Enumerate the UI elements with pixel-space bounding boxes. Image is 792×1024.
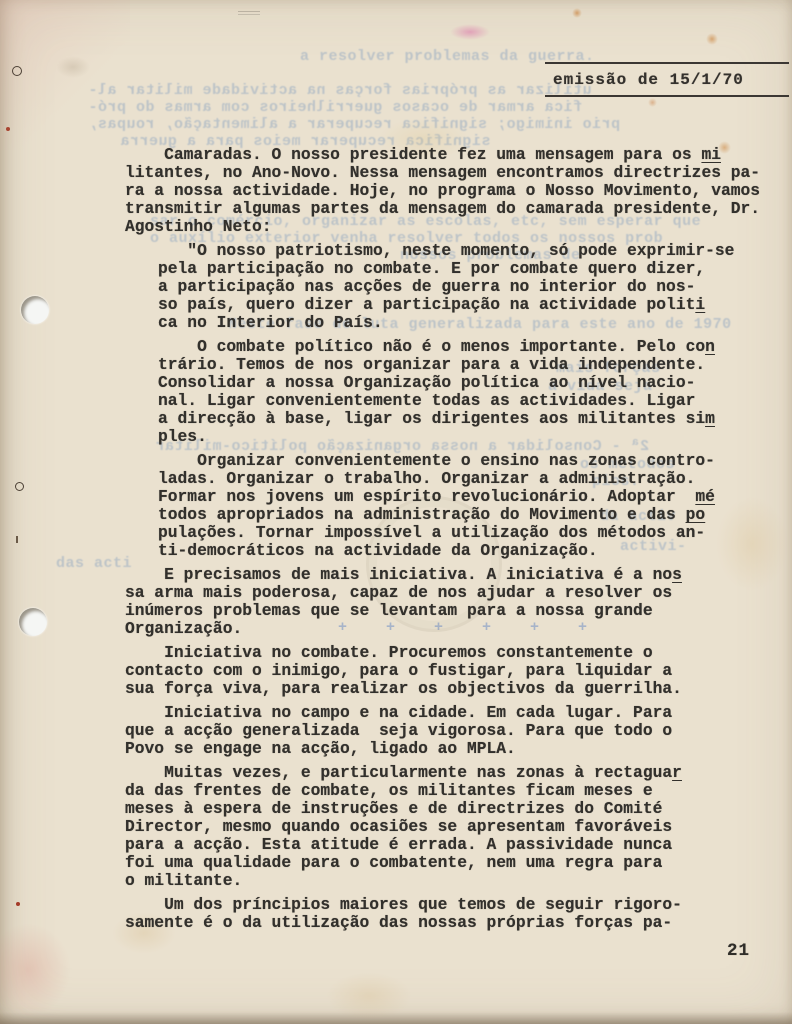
- page-number: 21: [727, 941, 750, 961]
- text-line: sa arma mais poderosa, capaz de nos ajud…: [125, 584, 792, 602]
- stain: [326, 972, 412, 1020]
- text-block: Camaradas. O nosso presidente fez uma me…: [0, 146, 792, 938]
- pencil-mark: [238, 8, 260, 18]
- text-line: Iniciativa no combate. Procuremos consta…: [125, 644, 792, 662]
- text-line: ra a nossa actividade. Hoje, no programa…: [125, 182, 792, 200]
- text-line: o militante.: [125, 872, 792, 890]
- text-line: sua força viva, para realizar os objecti…: [125, 680, 792, 698]
- text-line: so país, quero dizer a participação na a…: [158, 296, 792, 314]
- text-line: que a acção generalizada seja vigorosa. …: [125, 722, 792, 740]
- text-line: nal. Ligar convenientemente todas as act…: [158, 392, 792, 410]
- text-line: da das frentes de combate, os militantes…: [125, 782, 792, 800]
- text-line: Consolidar a nossa Organização política …: [158, 374, 792, 392]
- text-line: Formar nos jovens um espírito revolucion…: [158, 488, 792, 506]
- paragraph: Um dos príncipios maiores que temos de s…: [125, 896, 792, 932]
- text-line: O combate político não é o menos importa…: [158, 338, 792, 356]
- stain: [450, 24, 490, 40]
- text-line: transmitir algumas partes da mensagem do…: [125, 200, 792, 218]
- bleedthrough-fragment: fica armar de ocasos guerrilheiros com a…: [88, 99, 582, 116]
- text-line: ladas. Organizar o trabalho. Organizar a…: [158, 470, 792, 488]
- paragraph: Iniciativa no combate. Procuremos consta…: [125, 644, 792, 698]
- bleedthrough-fragment: prio inimigo; significa recuperar a alim…: [88, 116, 620, 133]
- text-line: Camaradas. O nosso presidente fez uma me…: [125, 146, 792, 164]
- document-page: a resolver problemas da guerra.utilizar …: [0, 0, 792, 1024]
- text-line: E precisamos de mais iniciativa. A inici…: [125, 566, 792, 584]
- stain: [648, 98, 657, 107]
- text-line: contacto com o inimigo, para o fustigar,…: [125, 662, 792, 680]
- paragraph: Muitas vezes, e particularmente nas zona…: [125, 764, 792, 890]
- stain: [706, 33, 718, 45]
- text-line: samente é o da utilização das nossas pró…: [125, 914, 792, 932]
- text-line: trário. Temos de nos organizar para a vi…: [158, 356, 792, 374]
- text-line: ples.: [158, 428, 792, 446]
- text-line: a participação nas acções de guerra no i…: [158, 278, 792, 296]
- text-line: pela participação no combate. E por comb…: [158, 260, 792, 278]
- paragraph: O combate político não é o menos importa…: [158, 338, 792, 446]
- text-line: "O nosso patriotismo, neste momento, só …: [158, 242, 792, 260]
- text-line: ca no Interior do País.: [158, 314, 792, 332]
- stain: [56, 56, 90, 78]
- text-line: para a acção. Esta atitude é errada. A p…: [125, 836, 792, 854]
- text-line: ti-democráticos na actividade da Organiz…: [158, 542, 792, 560]
- text-line: pulações. Tornar impossível a utilização…: [158, 524, 792, 542]
- paper-bottom-edge: [0, 1012, 792, 1024]
- text-line: Agostinho Neto:: [125, 218, 792, 236]
- paragraph: Organizar convenientemente o ensino nas …: [158, 452, 792, 560]
- text-line: inúmeros problemas que se levantam para …: [125, 602, 792, 620]
- pen-circle-mark: [12, 66, 22, 76]
- text-line: Muitas vezes, e particularmente nas zona…: [125, 764, 792, 782]
- bleedthrough-fragment: utilizar as próprias forças na actividad…: [88, 82, 592, 99]
- text-line: Organização.: [125, 620, 792, 638]
- text-line: foi uma qualidade para o combatente, nem…: [125, 854, 792, 872]
- text-line: Iniciativa no campo e na cidade. Em cada…: [125, 704, 792, 722]
- text-line: todos apropriados na administração do Mo…: [158, 506, 792, 524]
- text-line: Organizar convenientemente o ensino nas …: [158, 452, 792, 470]
- paragraph: "O nosso patriotismo, neste momento, só …: [158, 242, 792, 332]
- text-line: Director, mesmo quando ocasiões se apres…: [125, 818, 792, 836]
- text-line: Um dos príncipios maiores que temos de s…: [125, 896, 792, 914]
- text-line: Povo se engage na acção, ligado ao MPLA.: [125, 740, 792, 758]
- paragraph: Iniciativa no campo e na cidade. Em cada…: [125, 704, 792, 758]
- text-line: litantes, no Ano-Novo. Nessa mensagem en…: [125, 164, 792, 182]
- paper-corner-tint: [0, 0, 130, 150]
- text-line: a direcção à base, ligar os dirigentes a…: [158, 410, 792, 428]
- date-stamp: emissão de 15/1/70: [545, 62, 789, 97]
- paragraph: Camaradas. O nosso presidente fez uma me…: [125, 146, 792, 236]
- paragraph: E precisamos de mais iniciativa. A inici…: [125, 566, 792, 638]
- stain: [572, 8, 582, 18]
- red-speck: [6, 127, 10, 131]
- text-line: meses à espera de instruções e de direct…: [125, 800, 792, 818]
